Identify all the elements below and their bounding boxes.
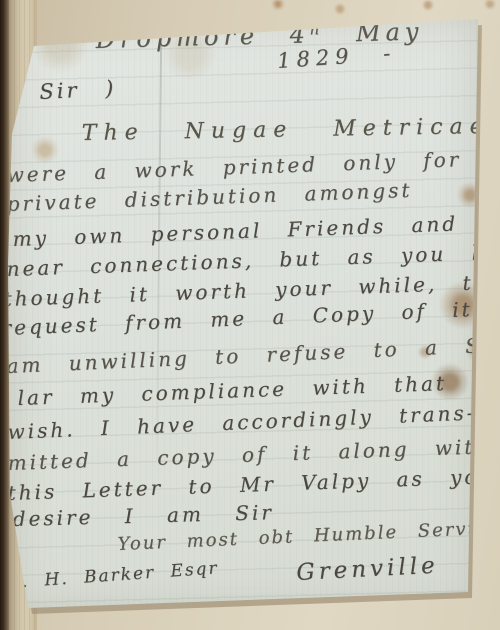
body-line-13: desire I am Sir [12,502,274,529]
salutation: Sir ) [39,78,117,103]
letter-page: Dropmore 4ʰ May 1829 - Sir ) The Nugae M… [6,14,482,618]
album-page-background: Dropmore 4ʰ May 1829 - Sir ) The Nugae M… [0,0,500,630]
